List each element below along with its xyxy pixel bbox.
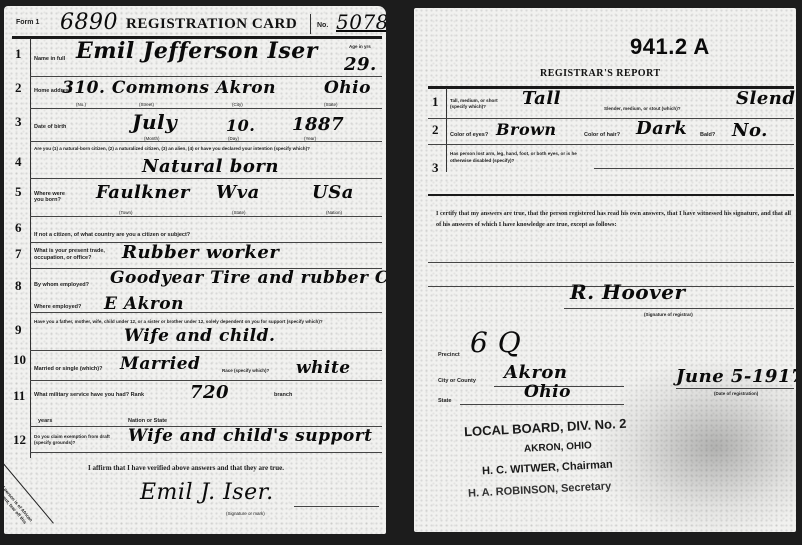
row-number: 10 — [13, 352, 26, 368]
date-caption: (Date of registration) — [714, 391, 758, 396]
sub-label: (Street) — [139, 102, 154, 107]
rank-value: 720 — [190, 382, 229, 403]
bald-value: No. — [732, 120, 768, 141]
birth-state: Wva — [216, 182, 260, 203]
stamp-number: 941.2 A — [630, 34, 710, 60]
registrar-signature: R. Hoover — [570, 280, 686, 304]
employer-location: E Akron — [104, 294, 184, 314]
build-label: Slender, medium, or stout (which)? — [604, 106, 681, 111]
years-label: years — [38, 418, 52, 424]
row-number: 3 — [432, 160, 439, 176]
field-label: Date of birth — [34, 124, 66, 130]
card-title: REGISTRATION CARD — [126, 16, 297, 33]
field-label: If not a citizen, of what country are yo… — [34, 232, 190, 238]
field-label: Married or single (which)? — [34, 366, 102, 372]
field-label: By whom employed? — [34, 282, 89, 288]
row-number: 7 — [15, 246, 22, 262]
signature-caption: (Signature or mark) — [226, 511, 265, 516]
sub-label: (Town) — [119, 210, 133, 215]
dependents-value: Wife and child. — [124, 326, 275, 346]
city-value: Akron — [504, 362, 568, 383]
row-number: 2 — [15, 80, 22, 96]
address-value: 310. Commons Akron — [62, 78, 276, 98]
precinct-value: 6 Q — [470, 326, 521, 359]
hair-color-label: Color of hair? — [584, 132, 620, 138]
form-number: 6890 — [60, 10, 118, 35]
sub-label: (Nation) — [326, 210, 342, 215]
board-stamp-line: AKRON, OHIO — [524, 440, 592, 455]
registrant-signature: Emil J. Iser. — [140, 480, 274, 505]
race-value: white — [296, 358, 351, 378]
birth-day: 10. — [226, 116, 255, 135]
report-title: REGISTRAR'S REPORT — [540, 68, 661, 79]
field-label: Do you claim exemption from draft (speci… — [34, 434, 116, 446]
field-label: Name in full — [34, 56, 65, 62]
bald-label: Bald? — [700, 132, 715, 138]
row-number: 2 — [432, 122, 439, 138]
birth-year: 1887 — [292, 114, 344, 135]
employer-value: Goodyear Tire and rubber Co. — [110, 268, 386, 288]
state-label: State — [438, 398, 451, 404]
field-label: What is your present trade, occupation, … — [34, 248, 116, 262]
field-label: Are you (1) a natural-born citizen, (2) … — [34, 146, 379, 152]
branch-label: branch — [274, 392, 292, 398]
height-value: Tall — [522, 88, 561, 109]
form-label: Form 1 — [16, 19, 39, 26]
age-label: Age in yrs — [349, 44, 371, 49]
field-label: What military service have you had? Rank — [34, 392, 144, 398]
age-value: 29. — [344, 54, 377, 75]
registrar-caption: (Signature of registrar) — [644, 312, 693, 317]
eye-color-label: Color of eyes? — [450, 132, 488, 138]
registrars-report: 941.2 A REGISTRAR'S REPORT 1 Tall, mediu… — [414, 8, 796, 532]
birth-nation: USa — [312, 182, 354, 203]
row-number: 8 — [15, 278, 22, 294]
precinct-label: Precinct — [438, 352, 460, 358]
affirmation-text: I affirm that I have verified above answ… — [88, 464, 284, 472]
city-label: City or County — [438, 378, 476, 384]
marital-value: Married — [120, 354, 200, 374]
row-number: 3 — [15, 114, 22, 130]
row-number: 6 — [15, 220, 22, 236]
row-number: 11 — [13, 388, 25, 404]
corner-note: If person is of African descent, tear of… — [4, 484, 43, 534]
sub-label: (No.) — [76, 102, 86, 107]
sub-label: (State) — [232, 210, 246, 215]
field-label: Tall, medium, or short (specify which)? — [450, 98, 512, 110]
hair-color-value: Dark — [636, 118, 687, 139]
sub-label: (State) — [324, 102, 338, 107]
field-label: Where employed? — [34, 304, 81, 310]
build-value: Slender — [736, 88, 796, 109]
state-value: Ohio — [524, 382, 571, 402]
citizenship-value: Natural born — [142, 156, 279, 177]
row-number: 1 — [15, 46, 22, 62]
board-stamp-line: H. A. ROBINSON, Secretary — [468, 480, 612, 499]
nation-label: Nation or State — [128, 418, 167, 424]
certification-text: I certify that my answers are true, that… — [436, 208, 792, 230]
exemption-value: Wife and child's support — [128, 426, 373, 446]
row-number: 5 — [15, 184, 22, 200]
eye-color-value: Brown — [496, 120, 557, 139]
row-number: 12 — [13, 432, 26, 448]
row-number: 9 — [15, 322, 22, 338]
card-number: 5078 — [336, 10, 386, 34]
row-number: 1 — [432, 94, 439, 110]
birth-month: July — [132, 110, 177, 134]
address-state: Ohio — [324, 78, 371, 98]
row-number: 4 — [15, 154, 22, 170]
registration-date: June 5-1917 — [676, 366, 796, 387]
name-value: Emil Jefferson Iser — [76, 38, 318, 64]
occupation-value: Rubber worker — [122, 242, 279, 263]
board-stamp-line: H. C. WITWER, Chairman — [482, 459, 613, 478]
birth-town: Faulkner — [96, 182, 190, 203]
field-label: Where were you born? — [34, 191, 69, 203]
field-label: Has person lost arm, leg, hand, foot, or… — [450, 150, 595, 164]
race-label: Race (specify which)? — [222, 368, 269, 373]
sub-label: (City) — [232, 102, 243, 107]
registration-card: Form 1 6890 REGISTRATION CARD No. 5078 1… — [4, 6, 386, 534]
card-no-label: No. — [317, 22, 328, 29]
